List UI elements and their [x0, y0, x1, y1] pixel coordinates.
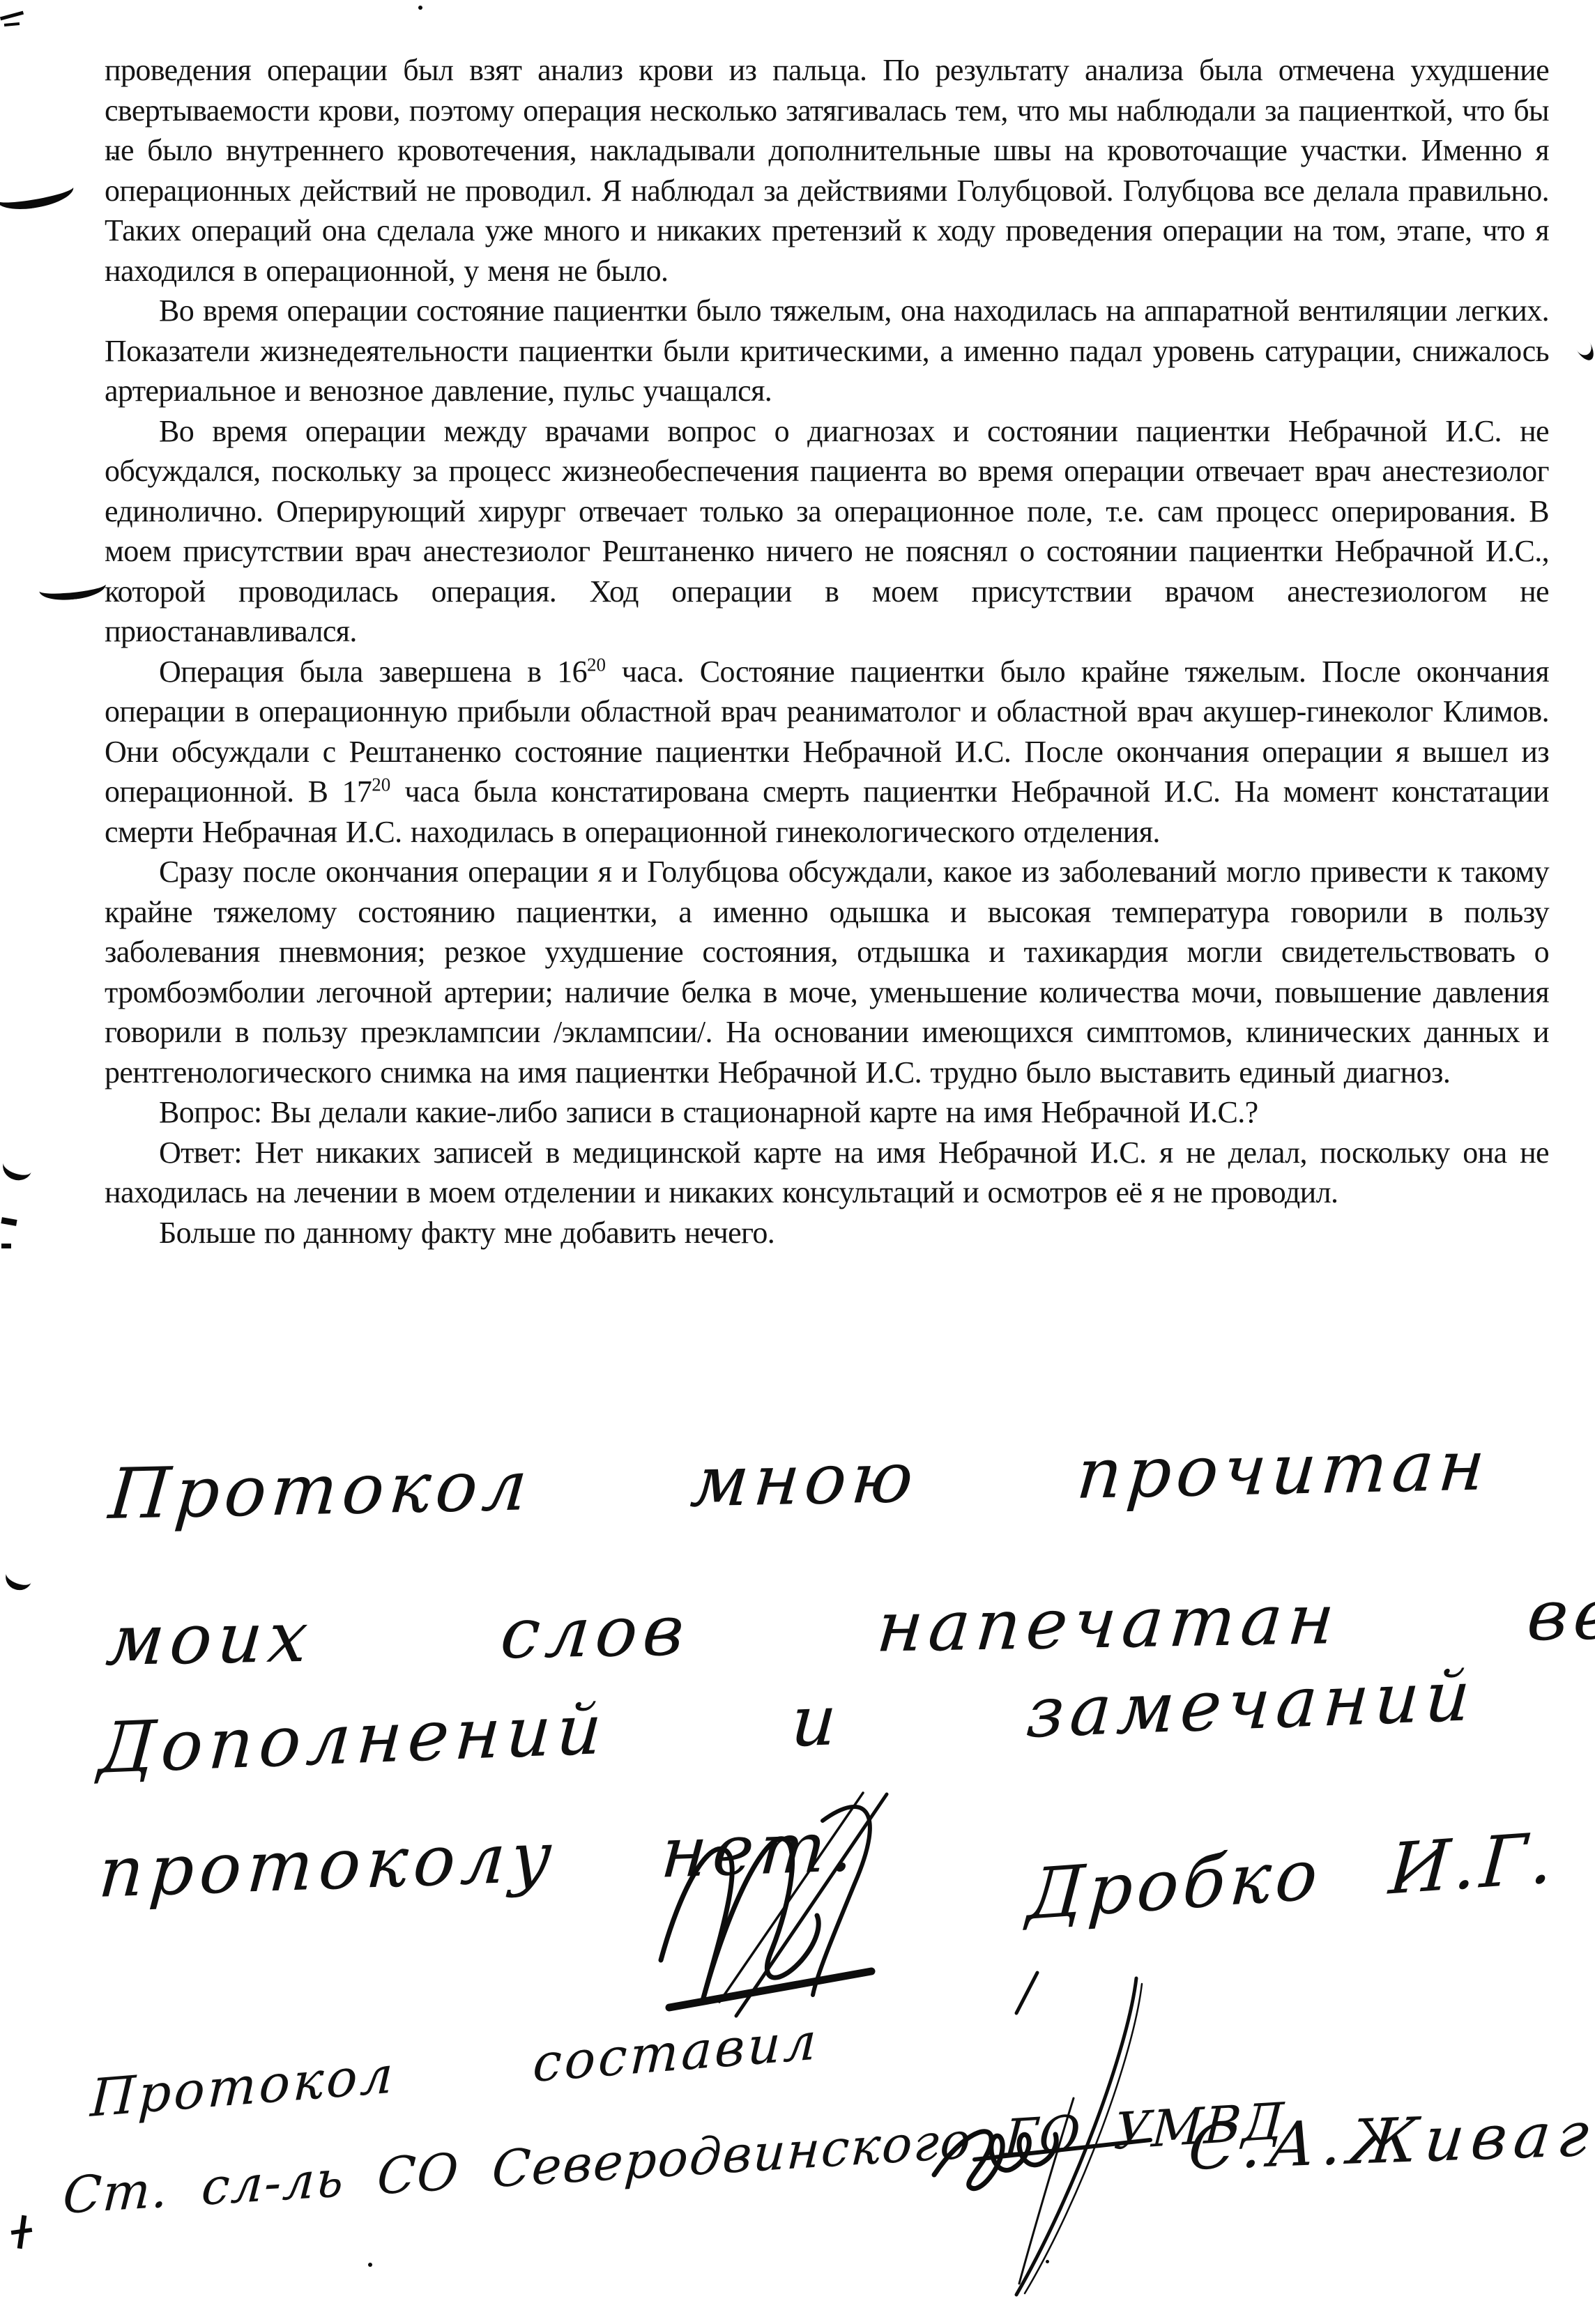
scanned-protocol-page: проведения операции был взят анализ кров…	[0, 0, 1595, 2324]
paragraph-1: проведения операции был взят анализ кров…	[105, 50, 1549, 291]
scan-artifact	[112, 156, 115, 160]
typed-text-block: проведения операции был взят анализ кров…	[105, 50, 1549, 1253]
scan-artifact	[0, 11, 24, 21]
paragraph-4-text: Операция была завершена в 16	[159, 655, 587, 689]
paragraph-5: Сразу после окончания операции я и Голуб…	[105, 852, 1549, 1092]
question-line: Вопрос: Вы делали какие-либо записи в ст…	[105, 1092, 1549, 1133]
answer-paragraph: Ответ: Нет никаких записей в медицинской…	[105, 1133, 1549, 1213]
scan-artifact	[4, 22, 20, 26]
handwritten-line-1: Протокол мною прочитан с	[106, 1420, 1595, 1535]
scan-artifact	[1, 1244, 11, 1248]
signature-name-zhivago: С.А.Живаго	[1185, 2096, 1595, 2184]
scan-artifact	[1569, 329, 1595, 364]
closing-line: Больше по данному факту мне добавить неч…	[105, 1213, 1549, 1253]
time-superscript: 20	[587, 654, 606, 675]
handwritten-made-by-line-1: Протокол составил	[89, 2011, 821, 2129]
paragraph-4: Операция была завершена в 1620 часа. Сос…	[105, 652, 1549, 853]
scan-artifact	[2, 1562, 36, 1594]
scan-artifact	[1, 1217, 17, 1226]
scan-artifact	[0, 1150, 36, 1184]
scan-artifact	[38, 572, 107, 603]
scan-artifact	[368, 2263, 372, 2267]
signature-name-drobko: Дробко И.Г.	[1025, 1817, 1560, 1936]
scan-artifact	[0, 174, 76, 215]
scan-artifact	[1046, 2260, 1049, 2263]
paragraph-3: Во время операции между врачами вопрос о…	[105, 411, 1549, 652]
signature-scribble-zhivago-icon	[864, 1966, 1227, 2300]
paragraph-2: Во время операции состояние пациентки бы…	[105, 291, 1549, 411]
scan-artifact	[418, 6, 422, 10]
time-superscript: 20	[372, 774, 390, 795]
